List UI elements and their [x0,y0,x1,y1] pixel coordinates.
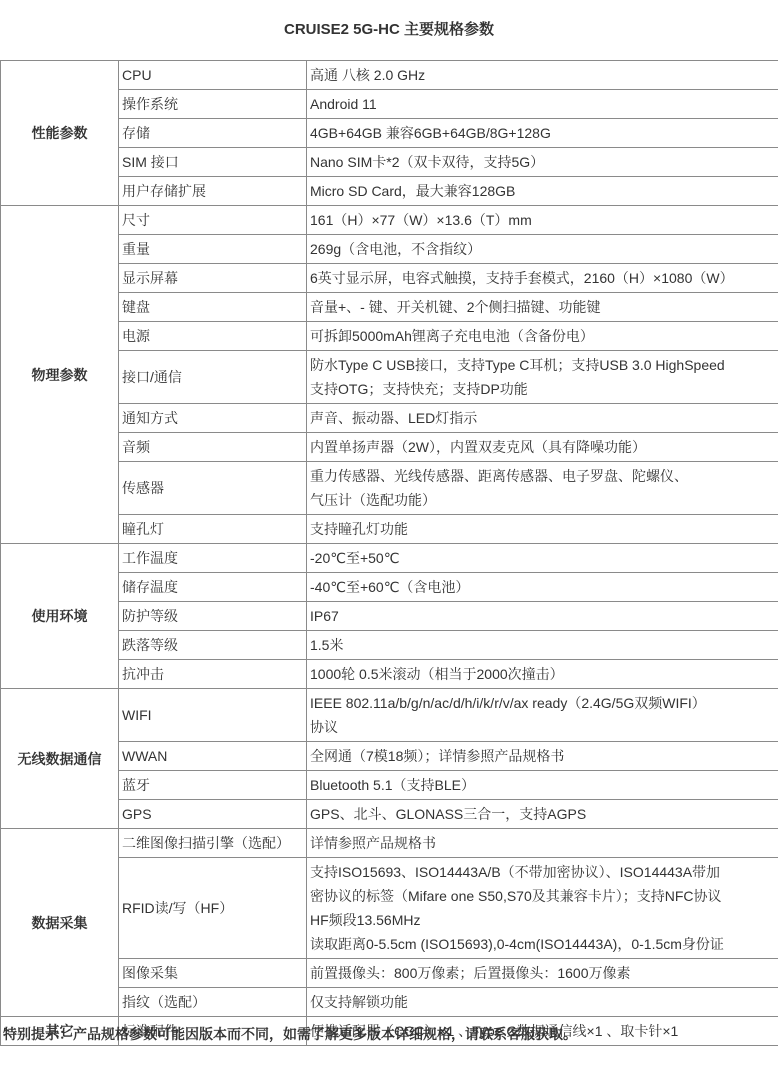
spec-label: GPS [119,800,307,829]
spec-value-line: 支持ISO15693、ISO14443A/B（不带加密协议）、ISO14443A… [310,860,778,884]
table-row: 数据采集二维图像扫描引擎（选配）详情参照产品规格书 [1,829,778,858]
spec-value: 4GB+64GB 兼容6GB+64GB/8G+128G [307,119,778,148]
spec-label: 通知方式 [119,404,307,433]
spec-label: 接口/通信 [119,351,307,404]
spec-label: 键盘 [119,293,307,322]
spec-label: SIM 接口 [119,148,307,177]
special-note: 特别提示：产品规格参数可能因版本而不同，如需了解更多版本详细规格，请联系客服获取… [3,1023,577,1045]
spec-value: 1000轮 0.5米滚动（相当于2000次撞击） [307,660,778,689]
spec-value-line: 前置摄像头：800万像素；后置摄像头：1600万像素 [310,961,778,985]
spec-label: 防护等级 [119,602,307,631]
spec-value-line: 密协议的标签（Mifare one S50,S70及其兼容卡片）；支持NFC协议 [310,884,778,908]
spec-label: 抗冲击 [119,660,307,689]
spec-value-line: 支持OTG；支持快充；支持DP功能 [310,377,778,401]
spec-value: Bluetooth 5.1（支持BLE） [307,771,778,800]
spec-value: 全网通（7模18频）；详情参照产品规格书 [307,742,778,771]
spec-label: 显示屏幕 [119,264,307,293]
spec-value: 重力传感器、光线传感器、距离传感器、电子罗盘、陀螺仪、气压计（选配功能） [307,462,778,515]
spec-label: WWAN [119,742,307,771]
spec-value: GPS、北斗、GLONASS三合一，支持AGPS [307,800,778,829]
spec-value: 269g（含电池，不含指纹） [307,235,778,264]
spec-value: IEEE 802.11a/b/g/n/ac/d/h/i/k/r/v/ax rea… [307,689,778,742]
spec-value-line: 气压计（选配功能） [310,488,778,512]
spec-label: 存储 [119,119,307,148]
spec-label: 蓝牙 [119,771,307,800]
spec-label: 电源 [119,322,307,351]
spec-label: 操作系统 [119,90,307,119]
spec-value: 支持瞳孔灯功能 [307,515,778,544]
spec-value-line: 1.5米 [310,633,778,657]
spec-value-line: 1000轮 0.5米滚动（相当于2000次撞击） [310,662,778,686]
spec-value-line: 防水Type C USB接口，支持Type C耳机；支持USB 3.0 High… [310,353,778,377]
spec-value: 1.5米 [307,631,778,660]
spec-value: Micro SD Card，最大兼容128GB [307,177,778,206]
spec-label: 指纹（选配） [119,988,307,1017]
spec-value-line: HF频段13.56MHz [310,908,778,932]
spec-value-line: 详情参照产品规格书 [310,831,778,855]
spec-value-line: 全网通（7模18频）；详情参照产品规格书 [310,744,778,768]
spec-value-line: 声音、振动器、LED灯指示 [310,406,778,430]
spec-value: 前置摄像头：800万像素；后置摄像头：1600万像素 [307,959,778,988]
spec-value: 内置单扬声器（2W），内置双麦克风（具有降噪功能） [307,433,778,462]
spec-value-line: 支持瞳孔灯功能 [310,517,778,541]
spec-value-line: 161（H）×77（W）×13.6（T）mm [310,208,778,232]
spec-value-line: 高通 八核 2.0 GHz [310,63,778,87]
spec-value-line: 内置单扬声器（2W），内置双麦克风（具有降噪功能） [310,435,778,459]
spec-value-line: GPS、北斗、GLONASS三合一，支持AGPS [310,802,778,826]
spec-label: 重量 [119,235,307,264]
spec-label: 用户存储扩展 [119,177,307,206]
spec-label: 瞳孔灯 [119,515,307,544]
spec-label: 尺寸 [119,206,307,235]
spec-value-line: 6英寸显示屏，电容式触摸，支持手套模式，2160（H）×1080（W） [310,266,778,290]
spec-value-line: 读取距离0-5.5cm (ISO15693),0-4cm(ISO14443A)，… [310,932,778,956]
spec-value: 支持ISO15693、ISO14443A/B（不带加密协议）、ISO14443A… [307,858,778,959]
spec-value-line: 可拆卸5000mAh锂离子充电电池（含备份电） [310,324,778,348]
table-row: 性能参数CPU高通 八核 2.0 GHz [1,61,778,90]
spec-label: 图像采集 [119,959,307,988]
spec-value-line: 重力传感器、光线传感器、距离传感器、电子罗盘、陀螺仪、 [310,464,778,488]
spec-value-line: 4GB+64GB 兼容6GB+64GB/8G+128G [310,121,778,145]
spec-value-line: Micro SD Card，最大兼容128GB [310,179,778,203]
spec-value-line: IP67 [310,604,778,628]
spec-value-line: 269g（含电池，不含指纹） [310,237,778,261]
spec-value-line: -20℃至+50℃ [310,546,778,570]
spec-value: -20℃至+50℃ [307,544,778,573]
category-cell: 使用环境 [1,544,119,689]
spec-label: RFID读/写（HF） [119,858,307,959]
spec-value: 音量+、- 键、开关机键、2个侧扫描键、功能键 [307,293,778,322]
page-title: CRUISE2 5G-HC 主要规格参数 [0,18,778,42]
spec-value: 声音、振动器、LED灯指示 [307,404,778,433]
spec-value-line: 仅支持解锁功能 [310,990,778,1014]
spec-value-line: IEEE 802.11a/b/g/n/ac/d/h/i/k/r/v/ax rea… [310,691,778,715]
spec-value: 可拆卸5000mAh锂离子充电电池（含备份电） [307,322,778,351]
spec-value: 高通 八核 2.0 GHz [307,61,778,90]
category-cell: 无线数据通信 [1,689,119,829]
spec-value: IP67 [307,602,778,631]
spec-label: 传感器 [119,462,307,515]
spec-value-line: 协议 [310,715,778,739]
spec-value: 6英寸显示屏，电容式触摸，支持手套模式，2160（H）×1080（W） [307,264,778,293]
spec-label: WIFI [119,689,307,742]
spec-value-line: 音量+、- 键、开关机键、2个侧扫描键、功能键 [310,295,778,319]
category-cell: 性能参数 [1,61,119,206]
spec-value-line: -40℃至+60℃（含电池） [310,575,778,599]
spec-label: 跌落等级 [119,631,307,660]
spec-value: Nano SIM卡*2（双卡双待，支持5G） [307,148,778,177]
spec-value: 详情参照产品规格书 [307,829,778,858]
spec-value: Android 11 [307,90,778,119]
table-row: 使用环境工作温度-20℃至+50℃ [1,544,778,573]
spec-value-line: Bluetooth 5.1（支持BLE） [310,773,778,797]
spec-value: 161（H）×77（W）×13.6（T）mm [307,206,778,235]
category-cell: 物理参数 [1,206,119,544]
spec-value: -40℃至+60℃（含电池） [307,573,778,602]
spec-value-line: Nano SIM卡*2（双卡双待，支持5G） [310,150,778,174]
table-row: 无线数据通信WIFIIEEE 802.11a/b/g/n/ac/d/h/i/k/… [1,689,778,742]
spec-label: 音频 [119,433,307,462]
spec-value: 防水Type C USB接口，支持Type C耳机；支持USB 3.0 High… [307,351,778,404]
spec-label: 工作温度 [119,544,307,573]
spec-value-line: Android 11 [310,92,778,116]
category-cell: 数据采集 [1,829,119,1017]
spec-value: 仅支持解锁功能 [307,988,778,1017]
table-row: 物理参数尺寸161（H）×77（W）×13.6（T）mm [1,206,778,235]
spec-label: 储存温度 [119,573,307,602]
spec-table: 性能参数CPU高通 八核 2.0 GHz操作系统Android 11存储4GB+… [0,60,778,1046]
spec-label: 二维图像扫描引擎（选配） [119,829,307,858]
spec-label: CPU [119,61,307,90]
